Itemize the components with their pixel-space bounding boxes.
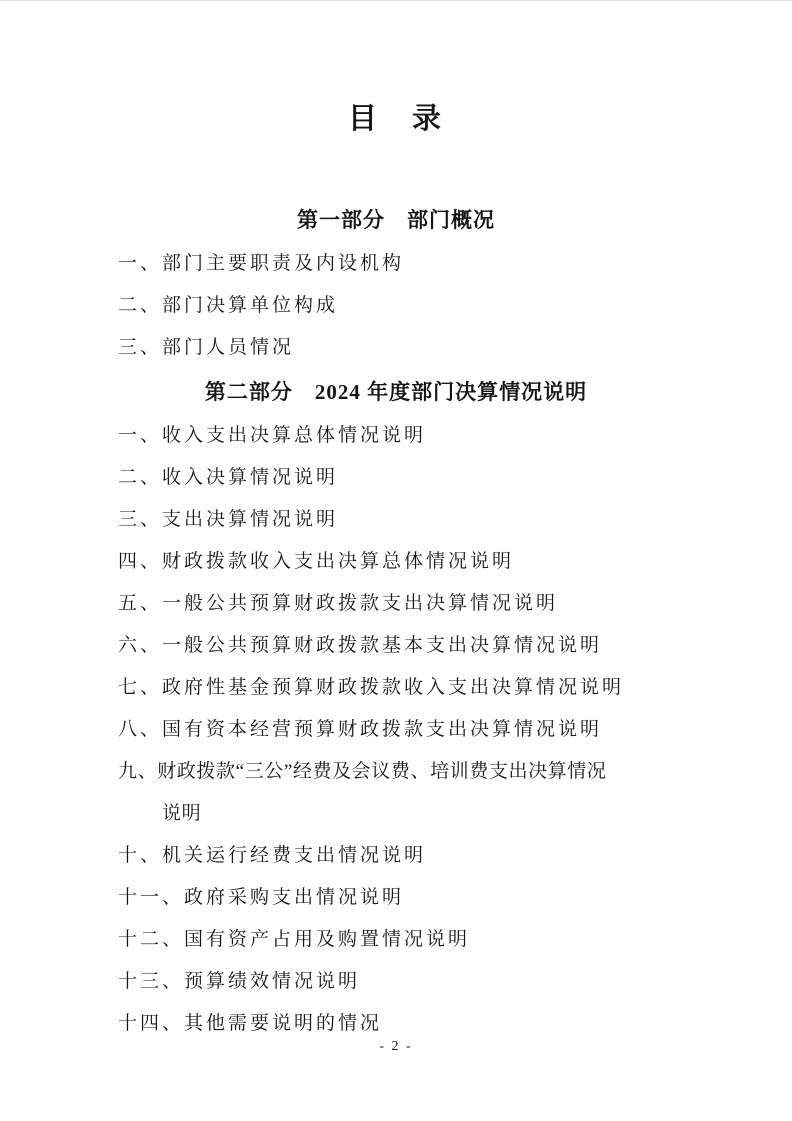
toc-item-part2-7: 七、政府性基金预算财政拨款收入支出决算情况说明: [118, 667, 704, 709]
section-heading-part1: 第一部分 部门概况: [0, 197, 792, 243]
toc-item-part2-11: 十一、政府采购支出情况说明: [118, 877, 704, 919]
toc-item-part1-1: 一、部门主要职责及内设机构: [118, 243, 704, 285]
toc-item-part2-4: 四、财政拨款收入支出决算总体情况说明: [118, 541, 704, 583]
page-number: - 2 -: [0, 1039, 792, 1055]
toc-item-part2-8: 八、国有资本经营预算财政拨款支出决算情况说明: [118, 709, 704, 751]
toc-item-part1-3: 三、部门人员情况: [118, 327, 704, 369]
toc-item-part2-1: 一、收入支出决算总体情况说明: [118, 415, 704, 457]
toc-item-part2-10: 十、机关运行经费支出情况说明: [118, 835, 704, 877]
table-of-contents: 第一部分 部门概况 一、部门主要职责及内设机构 二、部门决算单位构成 三、部门人…: [0, 197, 792, 1045]
toc-item-part2-13: 十三、预算绩效情况说明: [118, 961, 704, 1003]
toc-item-part2-2: 二、收入决算情况说明: [118, 457, 704, 499]
toc-item-part2-6: 六、一般公共预算财政拨款基本支出决算情况说明: [118, 625, 704, 667]
toc-item-part2-12: 十二、国有资产占用及购置情况说明: [118, 919, 704, 961]
section-heading-part2: 第二部分 2024 年度部门决算情况说明: [0, 369, 792, 415]
page-title: 目 录: [0, 1, 792, 139]
toc-item-part2-3: 三、支出决算情况说明: [118, 499, 704, 541]
toc-item-part2-5: 五、一般公共预算财政拨款支出决算情况说明: [118, 583, 704, 625]
toc-item-part1-2: 二、部门决算单位构成: [118, 285, 704, 327]
toc-item-part2-9: 九、财政拨款“三公”经费及会议费、培训费支出决算情况 说明: [118, 751, 704, 835]
document-page: 目 录 第一部分 部门概况 一、部门主要职责及内设机构 二、部门决算单位构成 三…: [0, 0, 792, 1121]
